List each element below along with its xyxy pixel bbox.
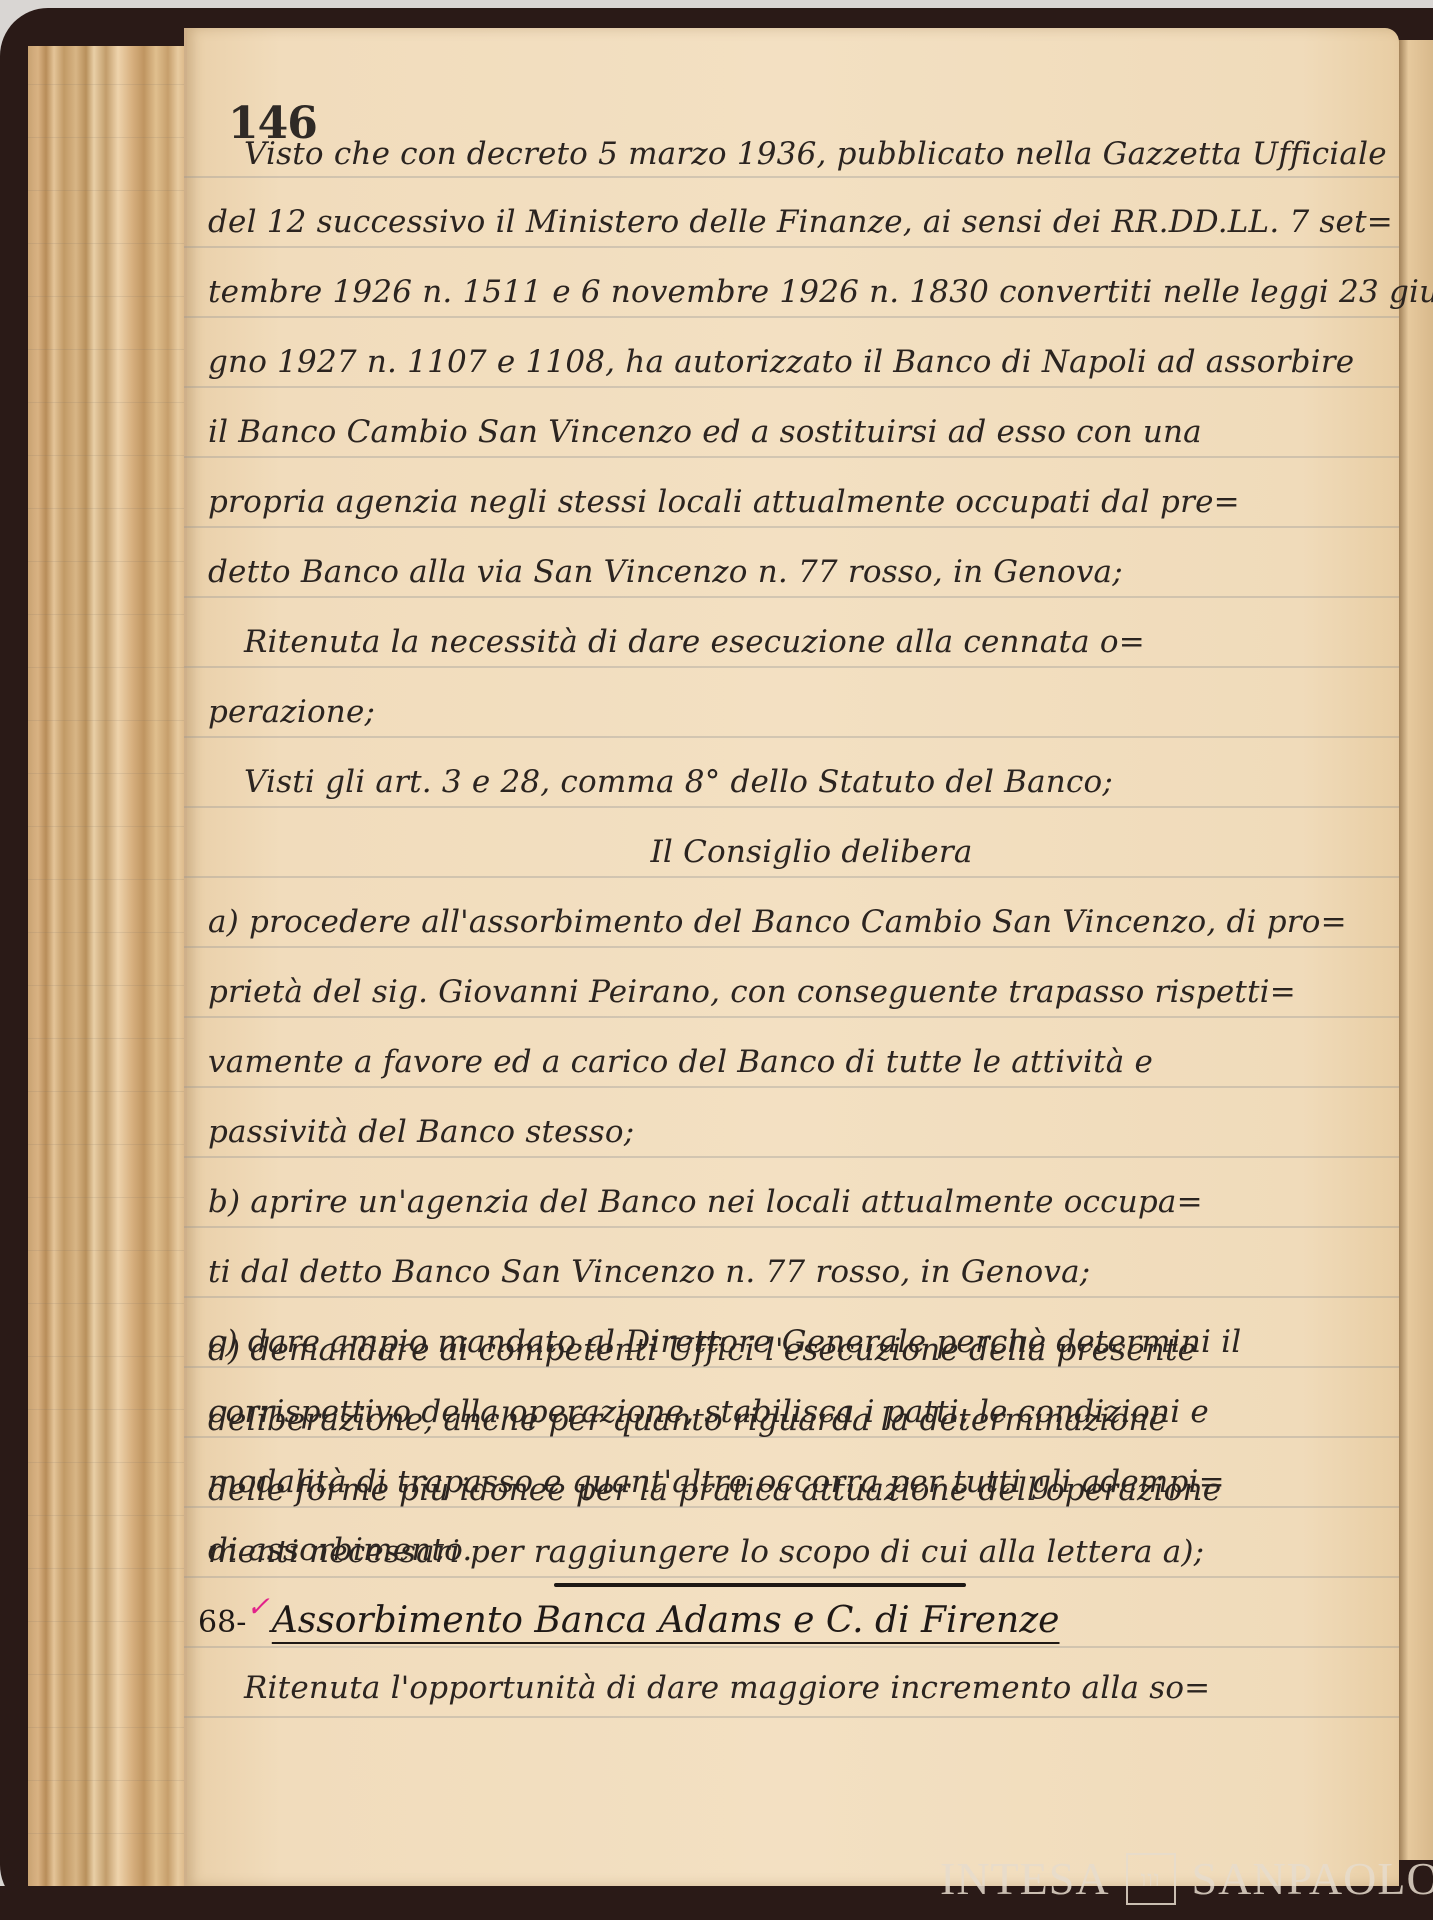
section-divider	[554, 1583, 966, 1587]
page-edges-stack	[28, 46, 190, 1886]
text-line: deliberazione, anche per quanto riguarda…	[208, 1402, 1379, 1438]
watermark: INTESA ווו SANPAOLO	[940, 1852, 1433, 1905]
section-title: Assorbimento Banca Adams e C. di Firenze	[272, 1600, 1060, 1641]
text-line: Ritenuta l'opportunità di dare maggiore …	[244, 1670, 1379, 1706]
section-heading: 68-✓Assorbimento Banca Adams e C. di Fir…	[198, 1600, 1060, 1641]
section-separator: -	[236, 1605, 246, 1640]
watermark-left: INTESA	[940, 1852, 1110, 1905]
watermark-logo-icon: ווו	[1126, 1853, 1176, 1905]
text-line: di assorbimento.	[208, 1532, 1379, 1568]
watermark-right: SANPAOLO	[1192, 1852, 1433, 1905]
text-line: delle forme più idonee per la pratica at…	[208, 1472, 1379, 1508]
facing-page-edge	[1398, 40, 1433, 1860]
text-line: d) demandare ai competenti Uffici l'esec…	[208, 1332, 1379, 1368]
page-overlay: d) demandare ai competenti Uffici l'esec…	[184, 0, 1399, 1920]
section-number: 68	[198, 1605, 236, 1640]
check-mark-icon: ✓	[246, 1590, 269, 1623]
